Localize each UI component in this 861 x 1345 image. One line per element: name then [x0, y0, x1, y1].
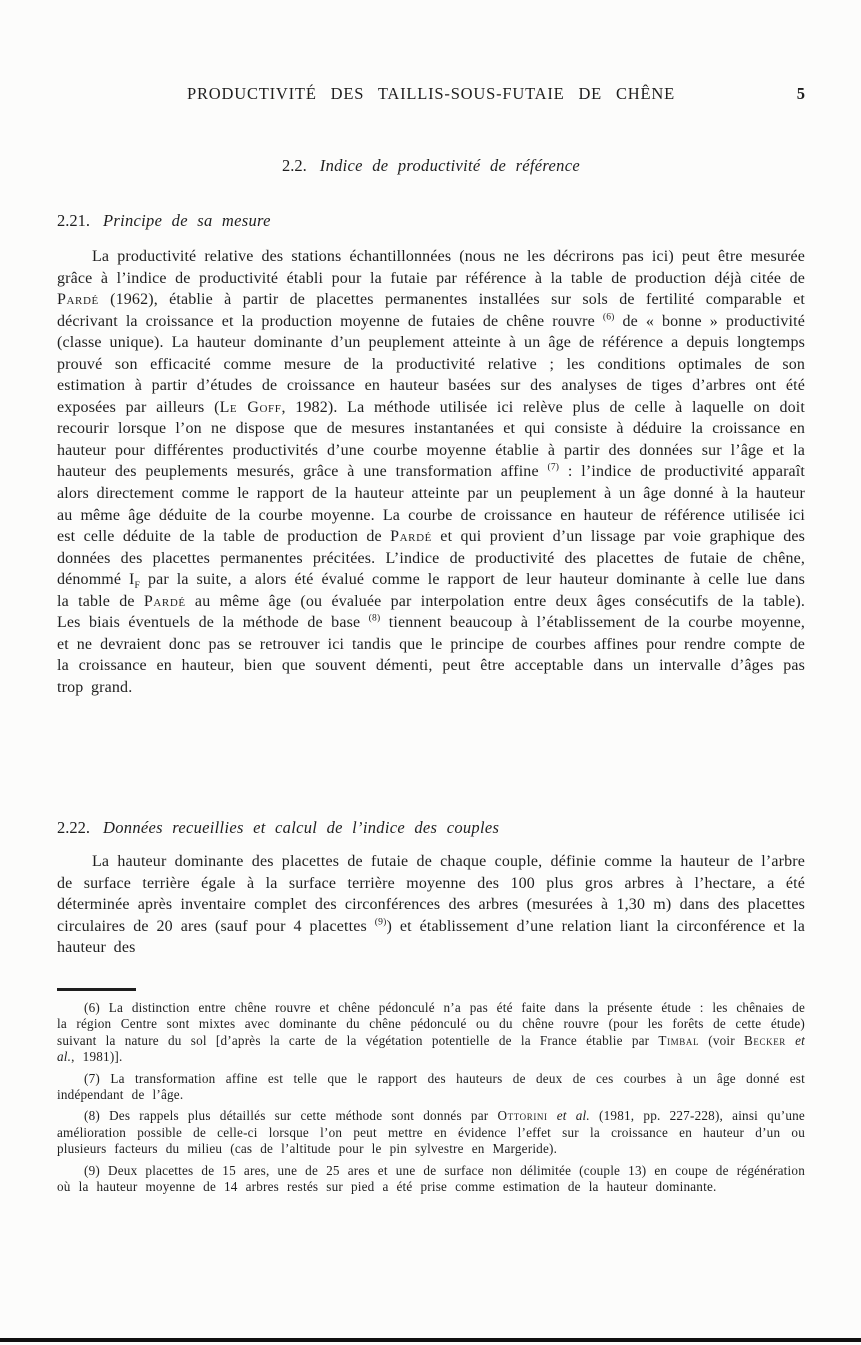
paragraph-donnees-recueillies: La hauteur dominante des placettes de fu…: [57, 851, 805, 959]
section-number: 2.2.: [282, 156, 307, 175]
footnote-reference: (7): [547, 462, 559, 473]
paragraph-principe-mesure: La productivité relative des stations éc…: [57, 246, 805, 698]
author-name: Pardé: [144, 593, 186, 610]
footnotes-block: (6) La distinction entre chêne rouvre et…: [57, 1000, 805, 1195]
text-run: , 1981)].: [71, 1049, 122, 1064]
footnote-7: (7) La transformation affine est telle q…: [57, 1071, 805, 1104]
section-number: 2.22.: [57, 818, 90, 837]
footnote-separator-rule: [57, 988, 136, 991]
text-run: et al.: [557, 1108, 590, 1123]
text-run: [548, 1108, 557, 1123]
author-name: Pardé: [390, 528, 432, 545]
footnote-9: (9) Deux placettes de 15 ares, une de 25…: [57, 1163, 805, 1196]
running-head-title: PRODUCTIVITÉ DES TAILLIS-SOUS-FUTAIE DE …: [187, 84, 675, 103]
section-title: Données recueillies et calcul de l’indic…: [103, 818, 499, 837]
footnote-6: (6) La distinction entre chêne rouvre et…: [57, 1000, 805, 1066]
author-name: Timbal: [658, 1033, 699, 1048]
text-run: (9) Deux placettes de 15 ares, une de 25…: [57, 1163, 805, 1194]
footnote-reference: (6): [603, 311, 615, 322]
section-heading-2-21: 2.21.Principe de sa mesure: [57, 211, 805, 231]
text-run: (voir: [699, 1033, 744, 1048]
author-name: Le Goff: [220, 399, 282, 416]
text-run: (7) La transformation affine est telle q…: [57, 1071, 805, 1102]
page-bottom-scan-edge: [0, 1338, 861, 1342]
text-run: La productivité relative des stations éc…: [57, 248, 805, 287]
section-title: Principe de sa mesure: [103, 211, 271, 230]
page-number: 5: [797, 84, 805, 104]
text-run: [786, 1033, 795, 1048]
author-name: Becker: [744, 1033, 786, 1048]
section-title: Indice de productivité de référence: [320, 156, 580, 175]
footnote-8: (8) Des rappels plus détaillés sur cette…: [57, 1108, 805, 1157]
section-heading-2-2: 2.2.Indice de productivité de référence: [57, 156, 805, 176]
footnote-reference: (9): [375, 916, 387, 927]
running-head: PRODUCTIVITÉ DES TAILLIS-SOUS-FUTAIE DE …: [57, 84, 805, 104]
footnote-reference: (8): [369, 613, 381, 624]
text-run: (8) Des rappels plus détaillés sur cette…: [84, 1108, 497, 1123]
author-name: Pardé: [57, 291, 99, 308]
section-heading-2-22: 2.22.Données recueillies et calcul de l’…: [57, 818, 805, 838]
author-name: Ottorini: [497, 1108, 547, 1123]
section-number: 2.21.: [57, 211, 90, 230]
